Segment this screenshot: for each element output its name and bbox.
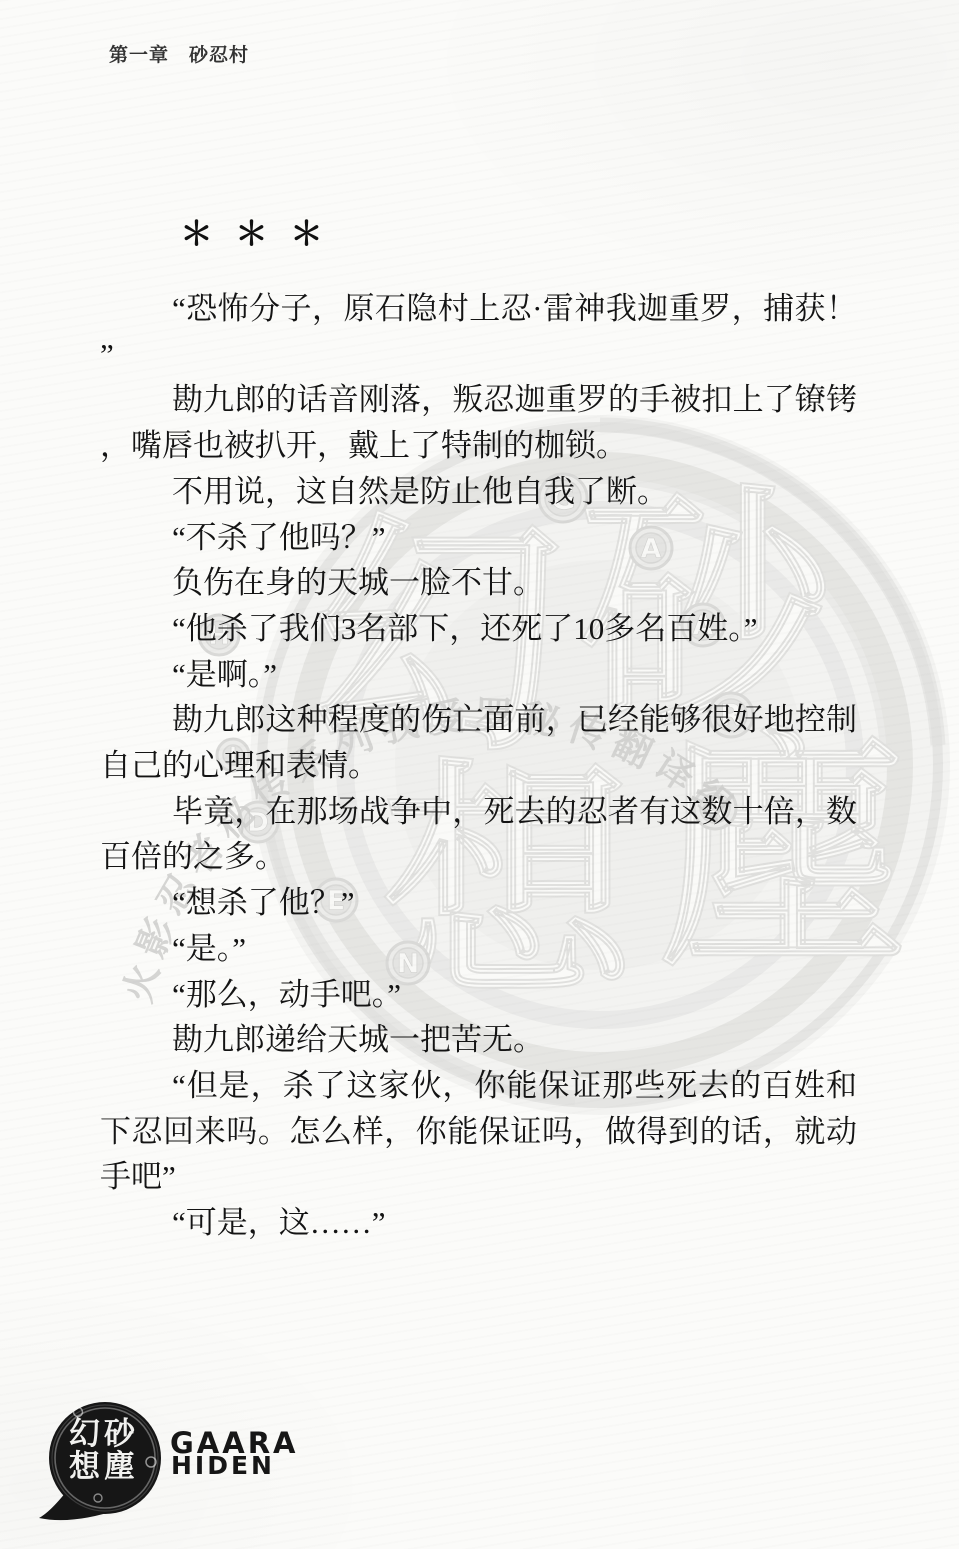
paragraph: “是。” (100, 926, 857, 972)
logo-seal-text-top: 幻砂 (69, 1416, 139, 1451)
body-text: “恐怖分子，原石隐村上忍·雷神我迦重罗，捕获！”勘九郎的话音刚落，叛忍迦重罗的手… (100, 286, 857, 1246)
paragraph: “不杀了他吗？” (100, 515, 857, 561)
logo-wordmark: GAARA HIDEN (170, 1426, 298, 1480)
chapter-header: 第一章 砂忍村 (109, 40, 249, 67)
paragraph: “恐怖分子，原石隐村上忍·雷神我迦重罗，捕获！” (100, 286, 857, 377)
paragraph: “想杀了他？” (100, 880, 857, 926)
paragraph: 勘九郎的话音刚落，叛忍迦重罗的手被扣上了镣铐，嘴唇也被扒开，戴上了特制的枷锁。 (100, 377, 857, 468)
paragraph: “那么，动手吧。” (100, 972, 857, 1018)
gaara-hiden-logo: 幻砂 想塵 GAARA HIDEN (30, 1380, 360, 1545)
paragraph: 毕竟，在那场战争中，死去的忍者有这数十倍，数百倍的之多。 (100, 789, 857, 880)
paragraph: 勘九郎递给天城一把苦无。 (100, 1017, 857, 1063)
book-page: 幻砂想塵 GAARAHIDEN 火影忍者秘传系列我爱罗秘传翻译组 第一章 砂忍村… (0, 0, 959, 1549)
logo-seal: 幻砂 想塵 (39, 1402, 161, 1520)
paragraph: 勘九郎这种程度的伤亡面前，已经能够很好地控制自己的心理和表情。 (100, 697, 857, 788)
paragraph: “他杀了我们3名部下，还死了10多名百姓。” (100, 606, 857, 652)
paragraph: “可是，这……” (100, 1200, 857, 1246)
paragraph: 负伤在身的天城一脸不甘。 (100, 560, 857, 606)
paragraph: 不用说，这自然是防止他自我了断。 (100, 469, 857, 515)
paragraph: “但是，杀了这家伙，你能保证那些死去的百姓和下忍回来吗。怎么样，你能保证吗，做得… (100, 1063, 857, 1200)
paragraph: “是啊。” (100, 652, 857, 698)
logo-wordmark-line2: HIDEN (171, 1451, 275, 1480)
section-divider: ＊＊＊ (180, 208, 345, 255)
logo-seal-text-bottom: 想塵 (69, 1449, 139, 1484)
